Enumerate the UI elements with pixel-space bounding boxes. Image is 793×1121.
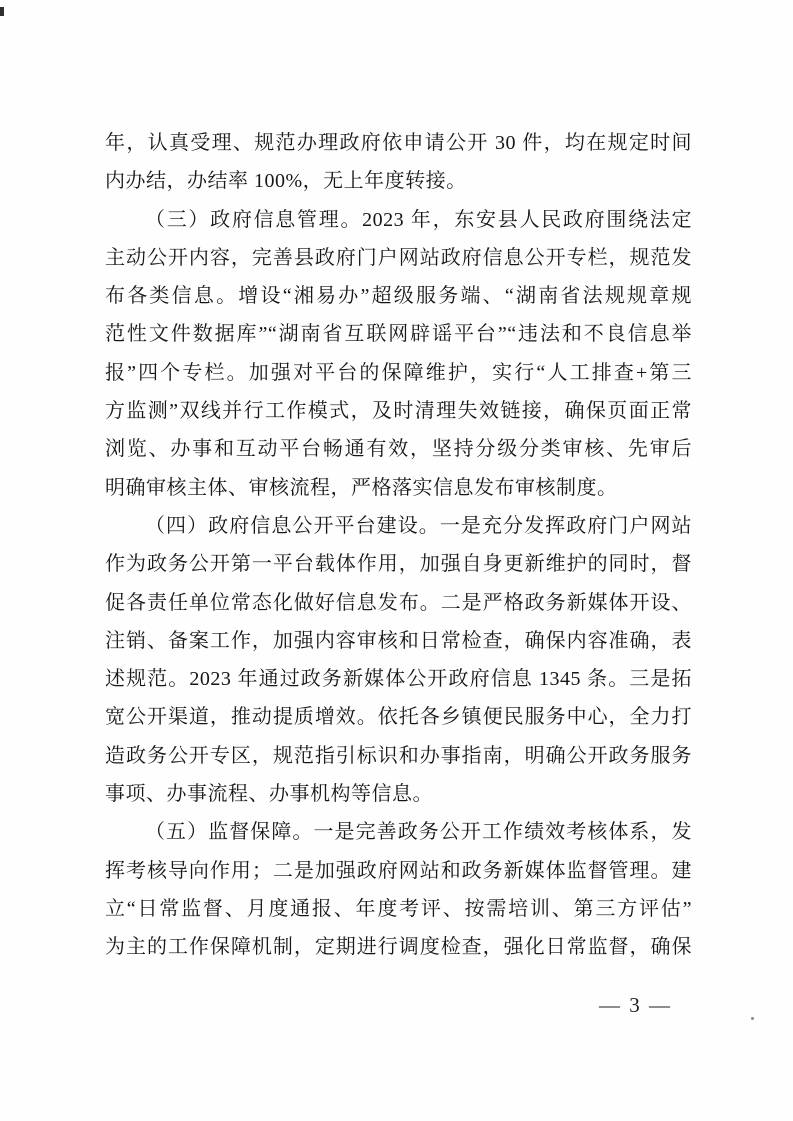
document-line: 作为政务公开第一平台载体作用，加强自身更新维护的同时，督 [105,545,692,583]
document-line: 主动公开内容，完善县政府门户网站政府信息公开专栏，规范发 [105,239,692,277]
document-line: 造政务公开专区，规范指引标识和办事指南，明确公开政务服务 [105,737,692,775]
document-line: 宽公开渠道，推动提质增效。依托各乡镇便民服务中心，全力打 [105,698,692,736]
page-number: — 3 — [599,993,672,1018]
document-line: 为主的工作保障机制，定期进行调度检查，强化日常监督，确保 [105,928,692,966]
document-line: 报”四个专栏。加强对平台的保障维护，实行“人工排查+第三 [105,354,692,392]
document-line: 立“日常监督、月度通报、年度考评、按需培训、第三方评估” [105,890,692,928]
document-line: 范性文件数据库”“湖南省互联网辟谣平台”“违法和不良信息举 [105,315,692,353]
document-line: （五）监督保障。一是完善政务公开工作绩效考核体系，发 [105,813,692,851]
document-line: 方监测”双线并行工作模式，及时清理失效链接，确保页面正常 [105,392,692,430]
document-line: 年，认真受理、规范办理政府依申请公开 30 件，均在规定时间 [105,124,692,162]
paragraph: （三）政府信息管理。2023 年，东安县人民政府围绕法定 主动公开内容，完善县政… [105,201,692,507]
paragraph: （五）监督保障。一是完善政务公开工作绩效考核体系，发 挥考核导向作用；二是加强政… [105,813,692,966]
document-line: （三）政府信息管理。2023 年，东安县人民政府围绕法定 [105,201,692,239]
document-line: 挥考核导向作用；二是加强政府网站和政务新媒体监督管理。建 [105,852,692,890]
document-line: 注销、备案工作，加强内容审核和日常检查，确保内容准确，表 [105,622,692,660]
document-body: 年，认真受理、规范办理政府依申请公开 30 件，均在规定时间 内办结，办结率 1… [105,124,692,967]
paragraph: （四）政府信息公开平台建设。一是充分发挥政府门户网站 作为政务公开第一平台载体作… [105,507,692,813]
paragraph: 年，认真受理、规范办理政府依申请公开 30 件，均在规定时间 内办结，办结率 1… [105,124,692,201]
document-line: 事项、办事流程、办事机构等信息。 [105,775,692,813]
document-line: 布各类信息。增设“湘易办”超级服务端、“湖南省法规规章规 [105,277,692,315]
scan-artifact-corner [0,7,4,16]
document-page: 年，认真受理、规范办理政府依申请公开 30 件，均在规定时间 内办结，办结率 1… [0,0,793,1121]
document-line: 浏览、办事和互动平台畅通有效，坚持分级分类审核、先审后发， [105,430,692,468]
document-line: 明确审核主体、审核流程，严格落实信息发布审核制度。 [105,469,692,507]
document-line: 内办结，办结率 100%，无上年度转接。 [105,162,692,200]
scan-artifact-speck [751,1017,754,1020]
document-line: 促各责任单位常态化做好信息发布。二是严格政务新媒体开设、 [105,584,692,622]
document-line: （四）政府信息公开平台建设。一是充分发挥政府门户网站 [105,507,692,545]
document-line: 述规范。2023 年通过政务新媒体公开政府信息 1345 条。三是拓 [105,660,692,698]
